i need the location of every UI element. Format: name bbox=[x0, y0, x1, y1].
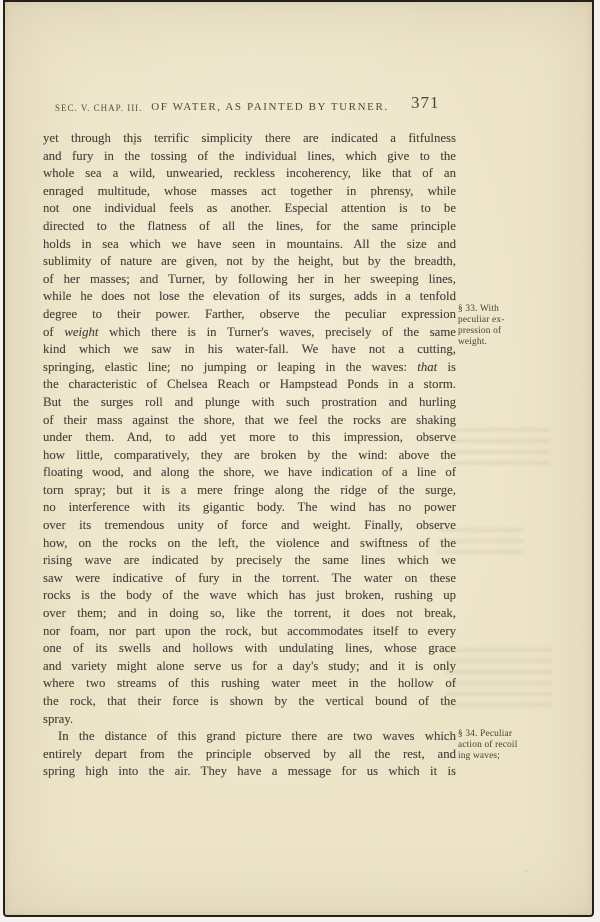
text-line: rising wave are indicated by precisely t… bbox=[43, 552, 456, 570]
text-line: But the surges roll and plunge with such… bbox=[43, 394, 456, 412]
text-line: over them; and in doing so, like the tor… bbox=[43, 605, 456, 623]
text-line: not one individual feels as another. Esp… bbox=[43, 200, 456, 218]
text-line: entirely depart from the principle obser… bbox=[43, 746, 456, 764]
text-line: one of its swells and hollows with undul… bbox=[43, 640, 456, 658]
show-through-text-ghost bbox=[450, 428, 550, 469]
text-line: and fury in the tossing of the individua… bbox=[43, 148, 456, 166]
margin-note-section-33: § 33. With peculiar ex- pression of weig… bbox=[458, 304, 550, 348]
body-text: yet through this terrific simplicity the… bbox=[43, 130, 456, 781]
text-line: yet through this terrific simplicity the… bbox=[43, 130, 456, 148]
text-line: no interference with its gigantic body. … bbox=[43, 499, 456, 517]
text-line: nor foam, nor part upon the rock, but ac… bbox=[43, 623, 456, 641]
text-line: enraged multitude, whose masses act toge… bbox=[43, 183, 456, 201]
text-line: kind which we saw in his water-fall. We … bbox=[43, 341, 456, 359]
book-page: SEC. V. CHAP. III. OF WATER, AS PAINTED … bbox=[5, 2, 592, 915]
paper-fleck bbox=[133, 142, 136, 145]
text-line: over its tremendous unity of force and w… bbox=[43, 517, 456, 535]
text-line: of their mass against the shore, that we… bbox=[43, 412, 456, 430]
text-line: floating wood, and along the shore, we h… bbox=[43, 464, 456, 482]
running-head-title: OF WATER, AS PAINTED BY TURNER. bbox=[140, 101, 400, 113]
text-line: spring high into the air. They have a me… bbox=[43, 763, 456, 781]
text-line: rocks is the body of the wave which has … bbox=[43, 587, 456, 605]
text-line: while he does not lose the elevation of … bbox=[43, 288, 456, 306]
text-line: how little, comparatively, they are brok… bbox=[43, 447, 456, 465]
text-line: directed to the flatness of all the line… bbox=[43, 218, 456, 236]
text-line: In the distance of this grand picture th… bbox=[43, 728, 456, 746]
text-line: of weight which there is in Turner's wav… bbox=[43, 324, 456, 342]
running-head-section: SEC. V. CHAP. III. bbox=[55, 103, 142, 113]
text-line: of her masses; and Turner, by following … bbox=[43, 271, 456, 289]
text-line: torn spray; but it is a mere fringe alon… bbox=[43, 482, 456, 500]
text-line: spray. bbox=[43, 711, 456, 729]
text-line: whole sea a wild, unwearied, reckless in… bbox=[43, 165, 456, 183]
text-line: sublimity of nature are given, not by th… bbox=[43, 253, 456, 271]
text-line: and variety might alone serve us for a d… bbox=[43, 658, 456, 676]
text-line: the characteristic of Chelsea Reach or H… bbox=[43, 376, 456, 394]
text-line: saw were indicative of fury in the torre… bbox=[43, 570, 456, 588]
text-line: degree to their power. Farther, observe … bbox=[43, 306, 456, 324]
page-number: 371 bbox=[411, 93, 440, 113]
text-line: springing, elastic line; no jumping or l… bbox=[43, 359, 456, 377]
show-through-text-ghost bbox=[446, 648, 552, 708]
margin-note-section-34: § 34. Peculiar action of recoil ing wave… bbox=[458, 729, 550, 762]
text-line: the rock, that their force is shown by t… bbox=[43, 693, 456, 711]
show-through-text-ghost bbox=[438, 528, 523, 561]
text-line: under them. And, to add yet more to this… bbox=[43, 429, 456, 447]
text-line: holds in sea which we have seen in mount… bbox=[43, 236, 456, 254]
text-line: how, on the rocks on the left, the viole… bbox=[43, 535, 456, 553]
text-line: where two streams of this rushing water … bbox=[43, 675, 456, 693]
scan-border-frame: SEC. V. CHAP. III. OF WATER, AS PAINTED … bbox=[3, 0, 594, 917]
